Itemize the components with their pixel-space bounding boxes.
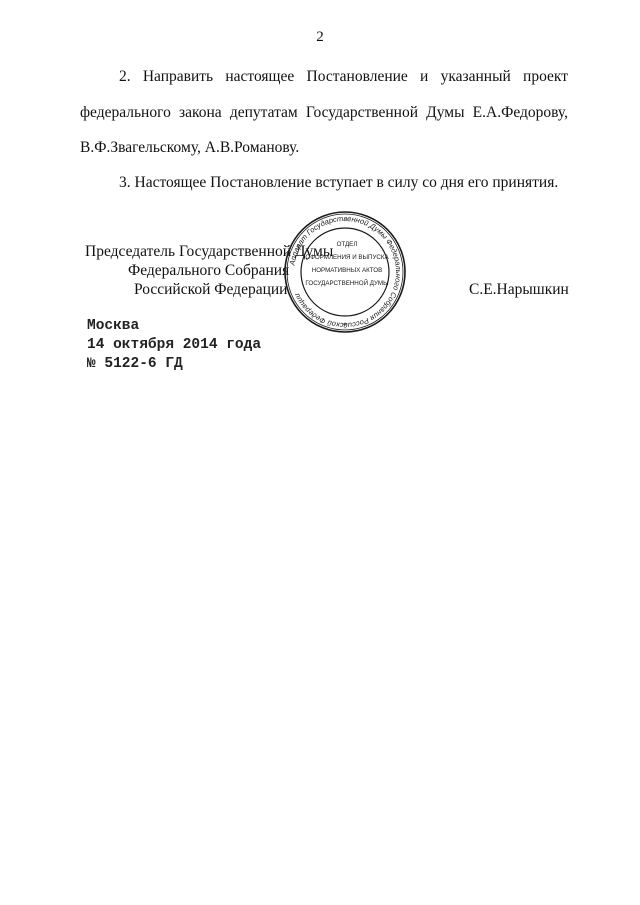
stamp-inner-line-2: ОФОРМЛЕНИЯ И ВЫПУСКА [305, 251, 389, 264]
stamp-inner-line-1: ОТДЕЛ [305, 238, 389, 251]
paragraph-2-line-1: 2. Направить настоящее Постановление и у… [119, 68, 568, 86]
paragraph-3: 3. Настоящее Постановление вступает в си… [119, 174, 558, 192]
paragraph-2-line-3: В.Ф.Звагельскому, А.В.Романову. [80, 139, 568, 157]
page-number: 2 [0, 29, 640, 46]
signatory-name: С.Е.Нарышкин [469, 281, 569, 299]
official-stamp: Аппарат Государственной Думы Федеральног… [283, 210, 407, 334]
stamp-star: * [343, 321, 347, 330]
footer-city: Москва [87, 318, 139, 334]
signature-title-line-2: Федерального Собрания [128, 262, 289, 280]
stamp-inner-line-3: НОРМАТИВНЫХ АКТОВ [305, 264, 389, 277]
paragraph-2-line-2: федерального закона депутатам Государств… [80, 104, 568, 122]
stamp-inner-line-4: ГОСУДАРСТВЕННОЙ ДУМЫ [305, 277, 389, 290]
signature-title-line-3: Российской Федерации [134, 281, 287, 299]
footer-date: 14 октября 2014 года [87, 337, 261, 353]
footer-number: № 5122-6 ГД [87, 356, 183, 372]
